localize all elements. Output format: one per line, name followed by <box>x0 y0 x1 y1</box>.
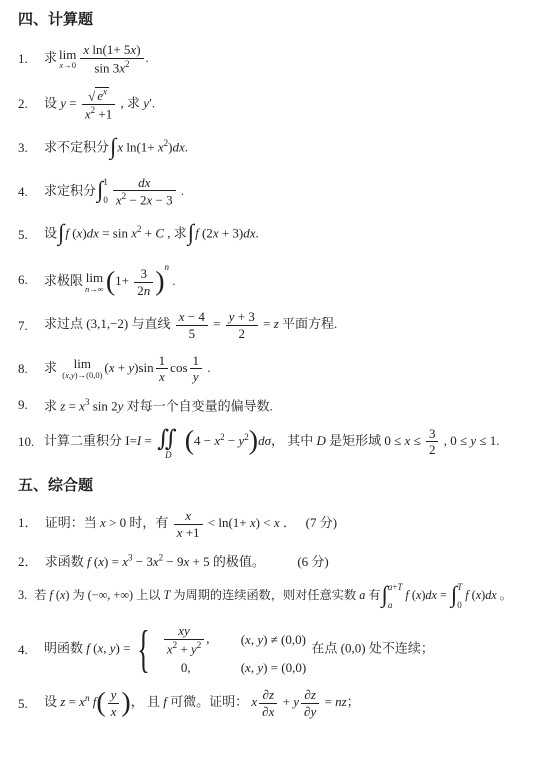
s4-problem-6: 6. 求极限limn→∞(1+ 32n)n . <box>18 261 550 298</box>
s5-problem-3: 3. 若 f (x) 为 (−∞, +∞) 上以 T 为周期的连续函数，则对任意… <box>18 581 550 612</box>
problem-number: 9. <box>18 396 44 414</box>
problem-content: 设 y = √exx2 +1 , 求 y′. <box>44 87 550 122</box>
problem-number: 1． <box>18 515 38 530</box>
section-4-title: 四、计算题 <box>18 10 550 30</box>
problem-content: 计算二重积分 I=I = ∬D(4 − x2 − y2)dσ， 其中 D 是矩形… <box>44 426 550 458</box>
problem-content: 求不定积分∫x ln(1+ x2)dx. <box>44 133 550 164</box>
problem-number: 5. <box>18 695 44 713</box>
s4-problem-9: 9. 求 z = x3 sin 2y 对每一个自变量的偏导数. <box>18 396 550 415</box>
problem-content: 明函数 f (x, y) = {xyx2 + y2,(x, y) ≠ (0,0)… <box>44 623 550 676</box>
problem-content: 求定积分∫10dxx2 − 2x − 3 . <box>44 175 550 209</box>
problem-number: 8. <box>18 360 44 378</box>
s4-problem-2: 2. 设 y = √exx2 +1 , 求 y′. <box>18 87 550 122</box>
problem-number: 4. <box>18 641 44 659</box>
s4-problem-8: 8. 求 lim(x,y)→(0,0)(x + y)sin1xcos1y . <box>18 353 550 385</box>
problem-number: 1. <box>18 50 44 68</box>
exam-page: 四、计算题 1. 求limx→0x ln(1+ 5x)sin 3x2. 2. 设… <box>0 0 556 719</box>
problem-content: 求过点 (3,1,−2) 与直线 x − 45 = y + 32 = z 平面方… <box>44 309 550 341</box>
section-5-title: 五、综合题 <box>18 476 550 496</box>
s5-problem-1: 1． 证明：当 x > 0 时，有 xx +1 < ln(1+ x) < x ．… <box>18 508 550 540</box>
problem-number: 5. <box>18 226 44 244</box>
s4-problem-3: 3. 求不定积分∫x ln(1+ x2)dx. <box>18 133 550 164</box>
s5-problem-2: 2． 求函数 f (x) = x3 − 3x2 − 9x + 5 的极值。 (6… <box>18 551 550 570</box>
s4-problem-1: 1. 求limx→0x ln(1+ 5x)sin 3x2. <box>18 42 550 76</box>
problem-content: 求极限limn→∞(1+ 32n)n . <box>44 261 550 298</box>
problem-content: 求 lim(x,y)→(0,0)(x + y)sin1xcos1y . <box>44 353 550 385</box>
s4-problem-4: 4. 求定积分∫10dxx2 − 2x − 3 . <box>18 175 550 209</box>
problem-number: 2. <box>18 95 44 113</box>
problem-number: 2． <box>18 554 38 569</box>
problem-content: 求limx→0x ln(1+ 5x)sin 3x2. <box>44 42 550 76</box>
problem-number: 7. <box>18 317 44 335</box>
problem-number: 3. <box>18 139 44 157</box>
problem-content: 设 z = xn f(yx)， 且 f 可微。证明： x∂z∂x + y∂z∂y… <box>44 687 550 719</box>
problem-content: 求 z = x3 sin 2y 对每一个自变量的偏导数. <box>44 396 550 415</box>
problem-content: 若 f (x) 为 (−∞, +∞) 上以 T 为周期的连续函数，则对任意实数 … <box>34 588 512 602</box>
s4-problem-5: 5. 设∫f (x)dx = sin x2 + C , 求∫f (2x + 3)… <box>18 219 550 250</box>
s4-problem-7: 7. 求过点 (3,1,−2) 与直线 x − 45 = y + 32 = z … <box>18 309 550 341</box>
problem-content: 证明：当 x > 0 时，有 xx +1 < ln(1+ x) < x ． (7… <box>45 515 337 530</box>
s5-problem-4: 4. 明函数 f (x, y) = {xyx2 + y2,(x, y) ≠ (0… <box>18 623 550 676</box>
problem-number: 3. <box>18 588 27 602</box>
s4-problem-10: 10. 计算二重积分 I=I = ∬D(4 − x2 − y2)dσ， 其中 D… <box>18 426 550 458</box>
s5-problem-5: 5. 设 z = xn f(yx)， 且 f 可微。证明： x∂z∂x + y∂… <box>18 687 550 719</box>
problem-content: 设∫f (x)dx = sin x2 + C , 求∫f (2x + 3)dx. <box>44 219 550 250</box>
problem-content: 求函数 f (x) = x3 − 3x2 − 9x + 5 的极值。 (6 分) <box>45 554 329 569</box>
problem-number: 6. <box>18 271 44 289</box>
problem-number: 4. <box>18 183 44 201</box>
problem-number: 10. <box>18 433 44 451</box>
